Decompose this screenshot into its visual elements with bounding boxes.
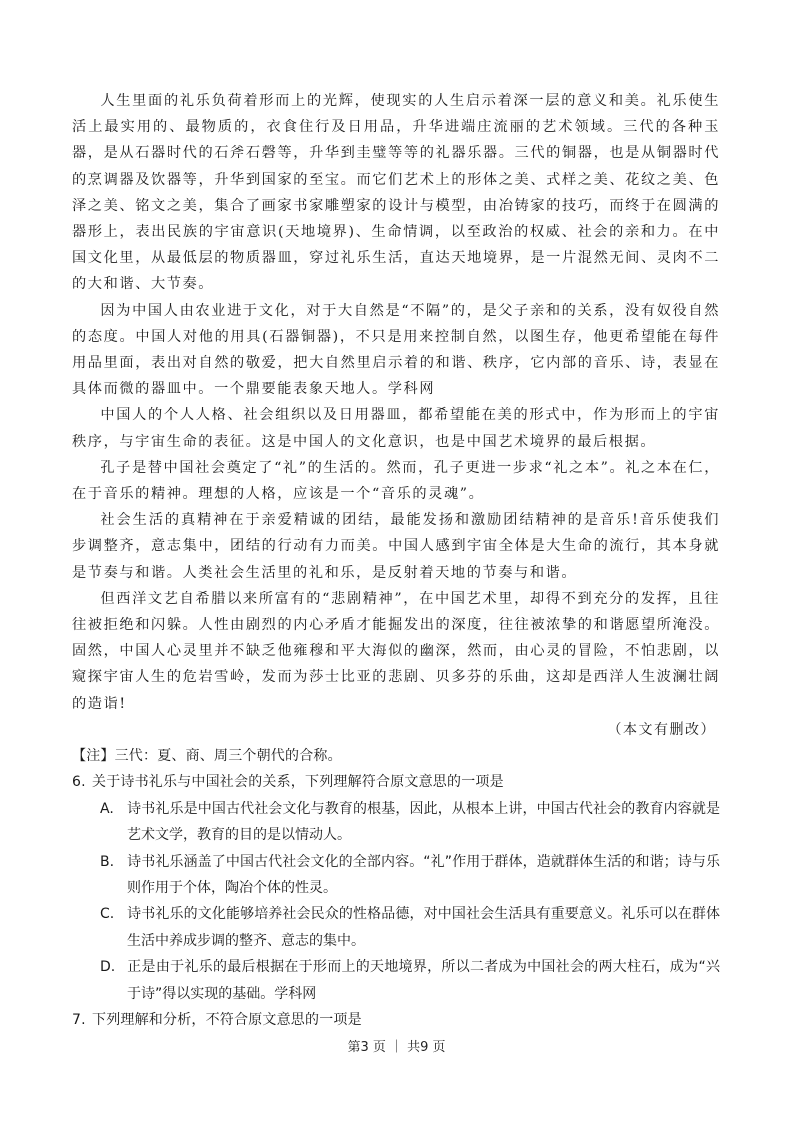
- question-6: 6.关于诗书礼乐与中国社会的关系，下列理解符合原文意思的一项是 A.诗书礼乐是中…: [72, 769, 720, 1007]
- question-7: 7.下列理解和分析，不符合原文意思的一项是: [72, 1007, 720, 1033]
- option-text: 诗书礼乐是中国古代社会文化与教育的根基，因此，从根本上讲，中国古代社会的教育内容…: [127, 801, 720, 843]
- option-text: 正是由于礼乐的最后根据在于形而上的天地境界，所以二者成为中国社会的两大柱石，成为…: [127, 959, 720, 1001]
- question-stem: 6.关于诗书礼乐与中国社会的关系，下列理解符合原文意思的一项是: [72, 769, 720, 795]
- passage-paragraph: 人生里面的礼乐负荷着形而上的光辉，使现实的人生启示着深一层的意义和美。礼乐使生活…: [72, 88, 720, 298]
- question-text: 下列理解和分析，不符合原文意思的一项是: [92, 1012, 362, 1028]
- option-letter: A.: [100, 796, 127, 822]
- option-b[interactable]: B.诗书礼乐涵盖了中国古代社会文化的全部内容。“礼”作用于群体，造就群体生活的和…: [72, 849, 720, 902]
- source-note: （本文有删改）: [72, 717, 720, 743]
- question-number: 6.: [72, 769, 92, 795]
- question-stem: 7.下列理解和分析，不符合原文意思的一项是: [72, 1007, 720, 1033]
- option-c[interactable]: C.诗书礼乐的文化能够培养社会民众的性格品德，对中国社会生活具有重要意义。礼乐可…: [72, 901, 720, 954]
- option-letter: B.: [100, 849, 127, 875]
- option-a[interactable]: A.诗书礼乐是中国古代社会文化与教育的根基，因此，从根本上讲，中国古代社会的教育…: [72, 796, 720, 849]
- option-text: 诗书礼乐的文化能够培养社会民众的性格品德，对中国社会生活具有重要意义。礼乐可以在…: [127, 906, 720, 948]
- question-text: 关于诗书礼乐与中国社会的关系，下列理解符合原文意思的一项是: [92, 774, 504, 790]
- option-letter: D.: [100, 954, 127, 980]
- page-footer: 第3 页 ｜ 共9 页: [0, 1036, 793, 1055]
- passage-paragraph: 中国人的个人人格、社会组织以及日用器皿，都希望能在美的形式中，作为形而上的宇宙秩…: [72, 402, 720, 454]
- passage-paragraph: 社会生活的真精神在于亲爱精诚的团结，最能发扬和激励团结精神的是音乐!音乐使我们步…: [72, 507, 720, 586]
- option-letter: C.: [100, 901, 127, 927]
- question-number: 7.: [72, 1007, 92, 1033]
- passage-paragraph: 但西洋文艺自希腊以来所富有的“悲剧精神”，在中国艺术里，却得不到充分的发挥，且往…: [72, 586, 720, 717]
- option-d[interactable]: D.正是由于礼乐的最后根据在于形而上的天地境界，所以二者成为中国社会的两大柱石，…: [72, 954, 720, 1007]
- passage-paragraph: 孔子是替中国社会奠定了“礼”的生活的。然而，孔子更进一步求“礼之本”。礼之本在仁…: [72, 455, 720, 507]
- document-page: 人生里面的礼乐负荷着形而上的光辉，使现实的人生启示着深一层的意义和美。礼乐使生活…: [72, 88, 720, 1033]
- annotation-note: 【注】三代：夏、商、周三个朝代的合称。: [72, 743, 720, 769]
- passage-paragraph: 因为中国人由农业进于文化，对于大自然是“不隔”的，是父子亲和的关系，没有奴役自然…: [72, 298, 720, 403]
- passage: 人生里面的礼乐负荷着形而上的光辉，使现实的人生启示着深一层的意义和美。礼乐使生活…: [72, 88, 720, 743]
- option-text: 诗书礼乐涵盖了中国古代社会文化的全部内容。“礼”作用于群体，造就群体生活的和谐；…: [127, 854, 720, 896]
